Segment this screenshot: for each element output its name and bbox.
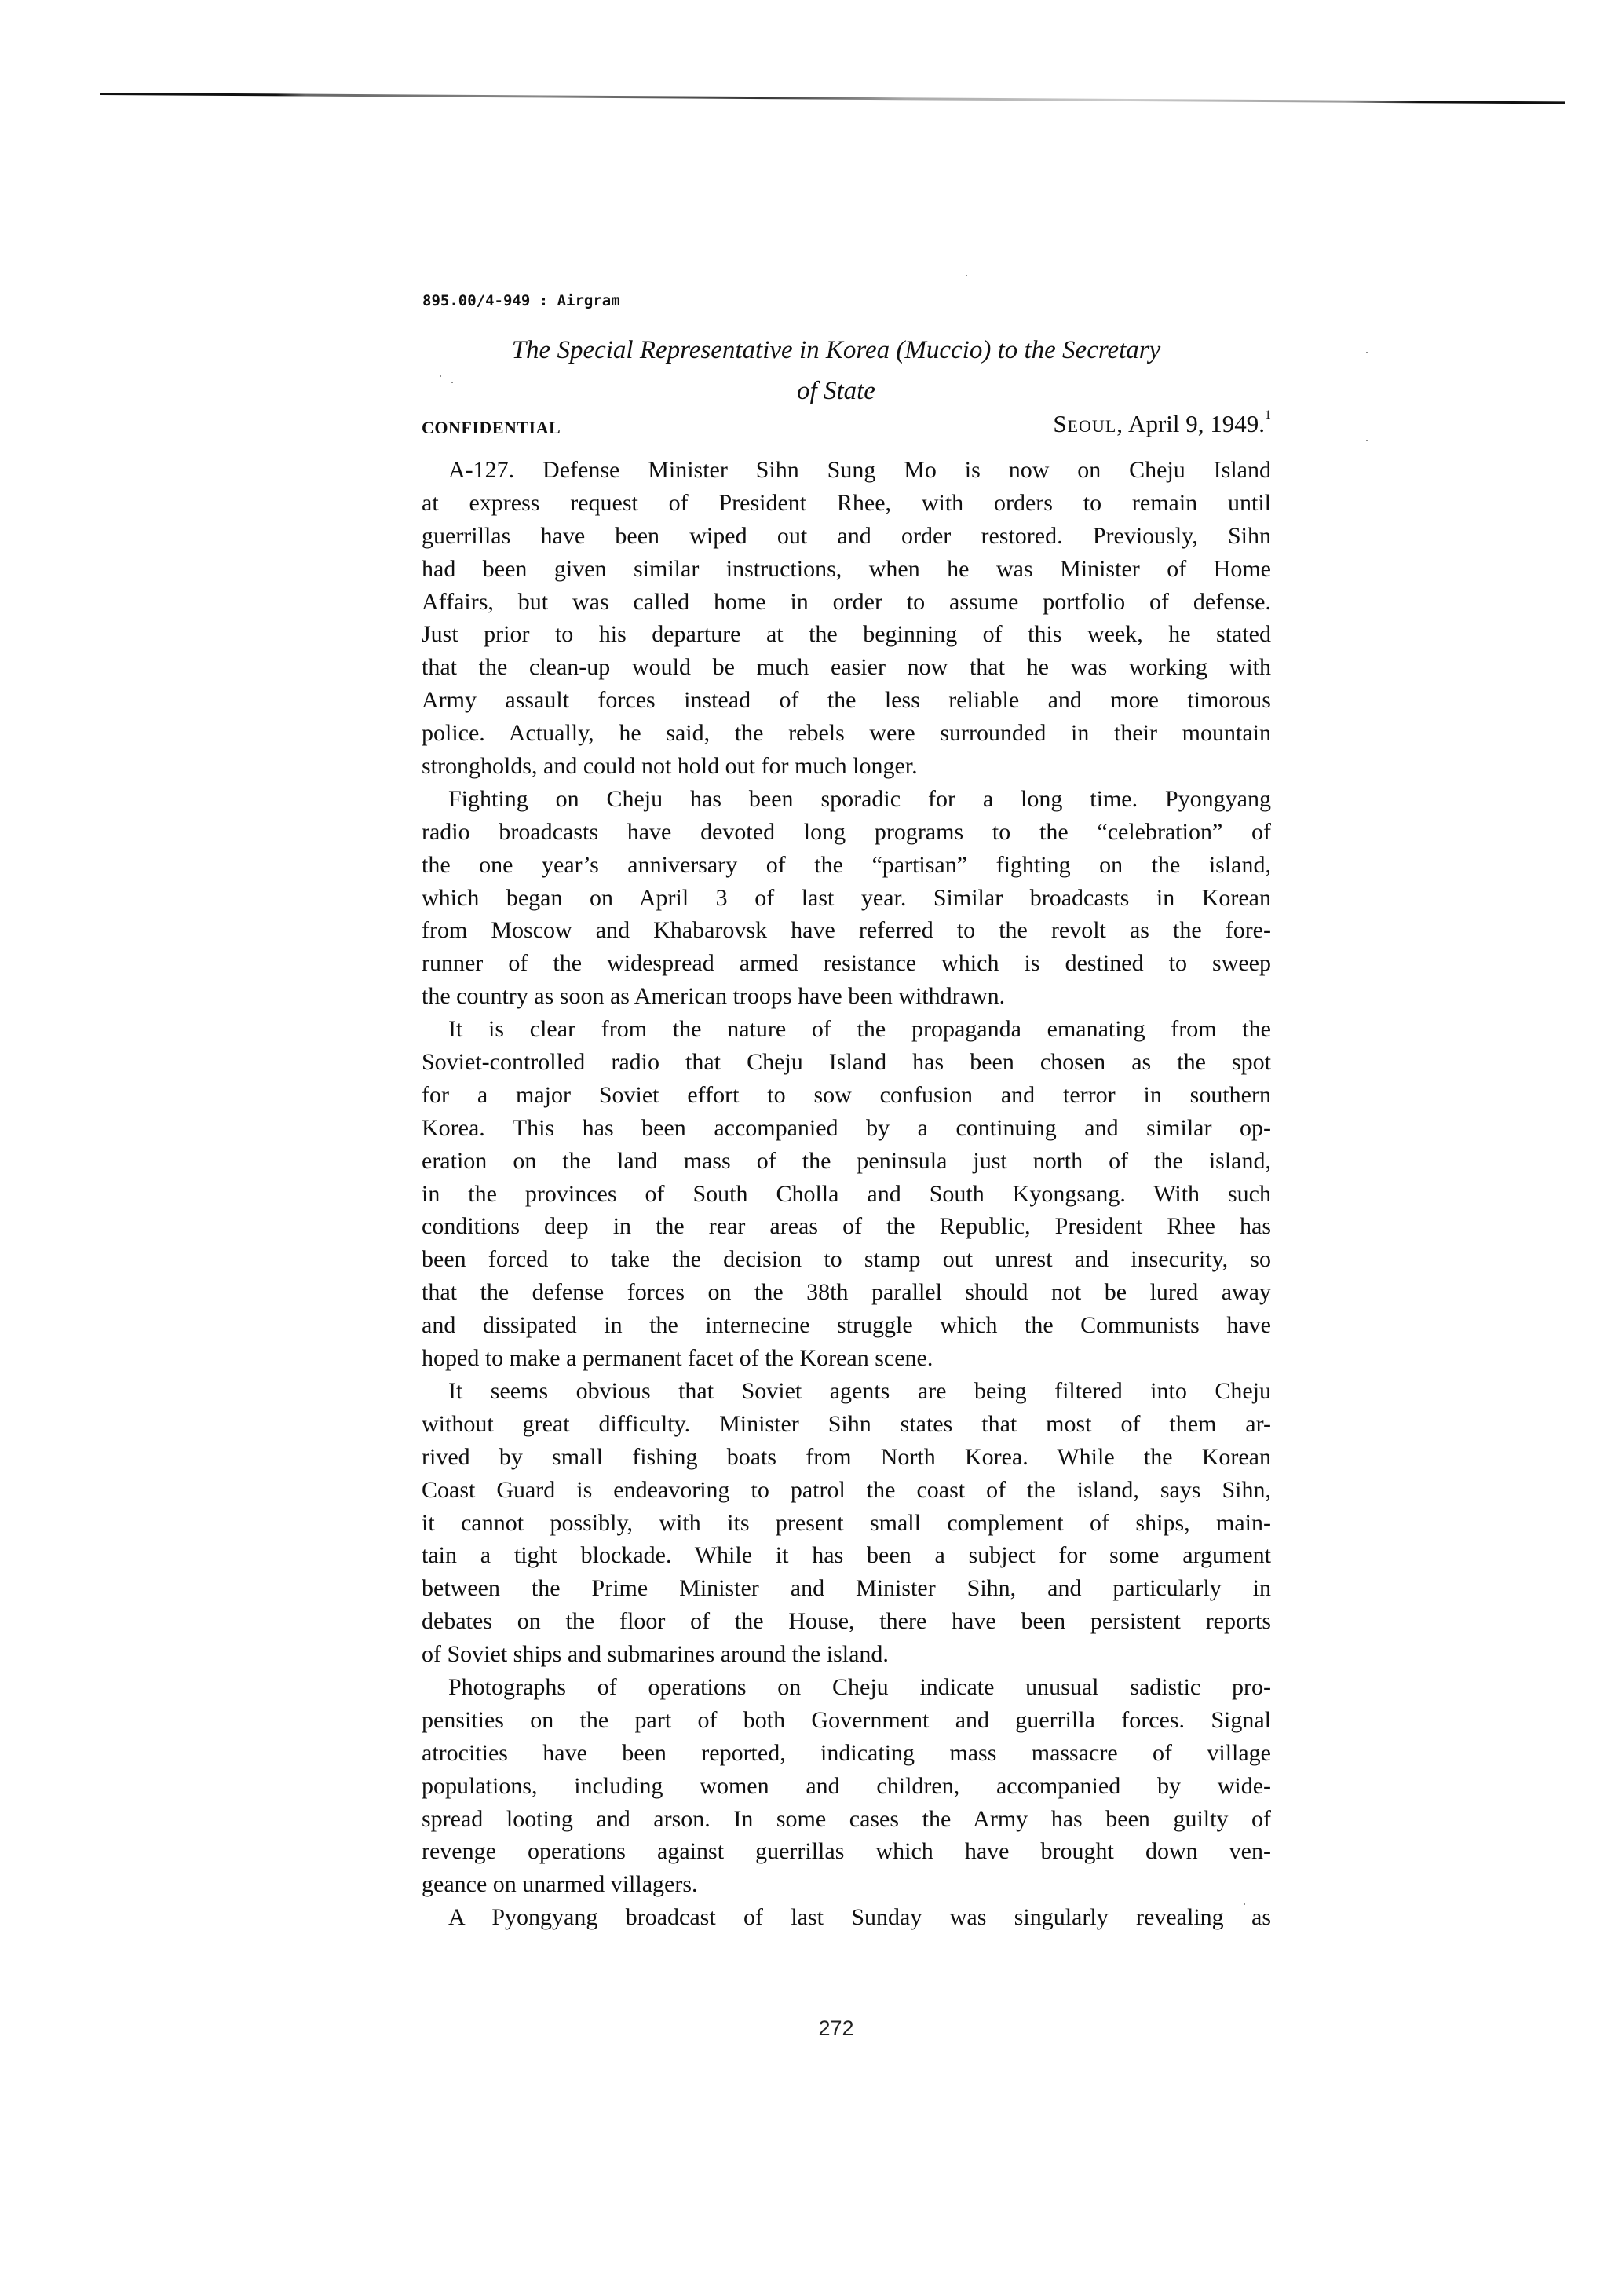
text-line: rived by small fishing boats from North … xyxy=(422,1441,1271,1474)
file-reference: 895.00/4-949 : Airgram xyxy=(422,292,620,309)
text-line: tain a tight blockade. While it has been… xyxy=(422,1539,1271,1572)
text-line: in the provinces of South Cholla and Sou… xyxy=(422,1178,1271,1211)
classification-label: Confidential xyxy=(422,418,561,438)
text-line: geance on unarmed villagers. xyxy=(422,1868,1271,1901)
text-line: Soviet-controlled radio that Cheju Islan… xyxy=(422,1046,1271,1079)
document-title: The Special Representative in Korea (Muc… xyxy=(440,330,1233,411)
text-line: Army assault forces instead of the less … xyxy=(422,684,1271,717)
text-line: runner of the widespread armed resistanc… xyxy=(422,947,1271,980)
classification-dateline-row: Confidential Seoul, April 9, 1949.1 xyxy=(422,410,1271,444)
text-line: that the clean-up would be much easier n… xyxy=(422,651,1271,684)
top-scan-rule xyxy=(100,93,1565,104)
text-line: eration on the land mass of the peninsul… xyxy=(422,1145,1271,1178)
text-line: Korea. This has been accompanied by a co… xyxy=(422,1112,1271,1145)
text-line: without great difficulty. Minister Sihn … xyxy=(422,1408,1271,1441)
text-line: Fighting on Cheju has been sporadic for … xyxy=(422,783,1271,816)
document-body: A-127. Defense Minister Sihn Sung Mo is … xyxy=(422,454,1271,1934)
text-line: strongholds, and could not hold out for … xyxy=(422,750,1271,783)
text-line: It seems obvious that Soviet agents are … xyxy=(422,1375,1271,1408)
text-line: from Moscow and Khabarovsk have referred… xyxy=(422,914,1271,947)
text-line: radio broadcasts have devoted long progr… xyxy=(422,816,1271,849)
dateline-city: Seoul, xyxy=(1053,410,1123,437)
text-line: Coast Guard is endeavoring to patrol the… xyxy=(422,1474,1271,1507)
title-line-2: of State xyxy=(440,371,1233,411)
dateline-date: April 9, 1949. xyxy=(1123,410,1265,437)
text-line: Just prior to his departure at the begin… xyxy=(422,618,1271,651)
scan-speck xyxy=(451,382,453,383)
text-line: revenge operations against guerrillas wh… xyxy=(422,1835,1271,1868)
scan-speck xyxy=(966,275,967,276)
text-line: debates on the floor of the House, there… xyxy=(422,1605,1271,1638)
scan-speck xyxy=(1366,440,1368,441)
scan-speck xyxy=(440,375,441,377)
text-line: which began on April 3 of last year. Sim… xyxy=(422,882,1271,915)
text-line: between the Prime Minister and Minister … xyxy=(422,1572,1271,1605)
text-line: and dissipated in the internecine strugg… xyxy=(422,1309,1271,1342)
text-line: it cannot possibly, with its present sma… xyxy=(422,1507,1271,1540)
text-line: the one year’s anniversary of the “parti… xyxy=(422,849,1271,882)
text-line: at express request of President Rhee, wi… xyxy=(422,487,1271,520)
text-line: for a major Soviet effort to sow confusi… xyxy=(422,1079,1271,1112)
text-line: atrocities have been reported, indicatin… xyxy=(422,1737,1271,1770)
text-line: Affairs, but was called home in order to… xyxy=(422,586,1271,619)
title-line-1: The Special Representative in Korea (Muc… xyxy=(440,330,1233,371)
text-line: populations, including women and childre… xyxy=(422,1770,1271,1803)
text-line: spread looting and arson. In some cases … xyxy=(422,1803,1271,1836)
text-line: A Pyongyang broadcast of last Sunday was… xyxy=(422,1901,1271,1934)
text-line: hoped to make a permanent facet of the K… xyxy=(422,1342,1271,1375)
text-line: Photographs of operations on Cheju indic… xyxy=(422,1671,1271,1704)
text-line: A-127. Defense Minister Sihn Sung Mo is … xyxy=(422,454,1271,487)
text-line: that the defense forces on the 38th para… xyxy=(422,1276,1271,1309)
text-line: guerrillas have been wiped out and order… xyxy=(422,520,1271,553)
text-line: It is clear from the nature of the propa… xyxy=(422,1013,1271,1046)
footnote-marker: 1 xyxy=(1265,408,1271,422)
text-line: pensities on the part of both Government… xyxy=(422,1704,1271,1737)
text-line: been forced to take the decision to stam… xyxy=(422,1243,1271,1276)
dateline: Seoul, April 9, 1949.1 xyxy=(1053,410,1271,438)
text-line: the country as soon as American troops h… xyxy=(422,980,1271,1013)
text-line: police. Actually, he said, the rebels we… xyxy=(422,717,1271,750)
text-line: had been given similar instructions, whe… xyxy=(422,553,1271,586)
page-number: 272 xyxy=(813,2016,860,2041)
text-line: of Soviet ships and submarines around th… xyxy=(422,1638,1271,1671)
scan-speck xyxy=(1366,352,1368,353)
text-line: conditions deep in the rear areas of the… xyxy=(422,1210,1271,1243)
scan-speck xyxy=(1244,1903,1245,1905)
